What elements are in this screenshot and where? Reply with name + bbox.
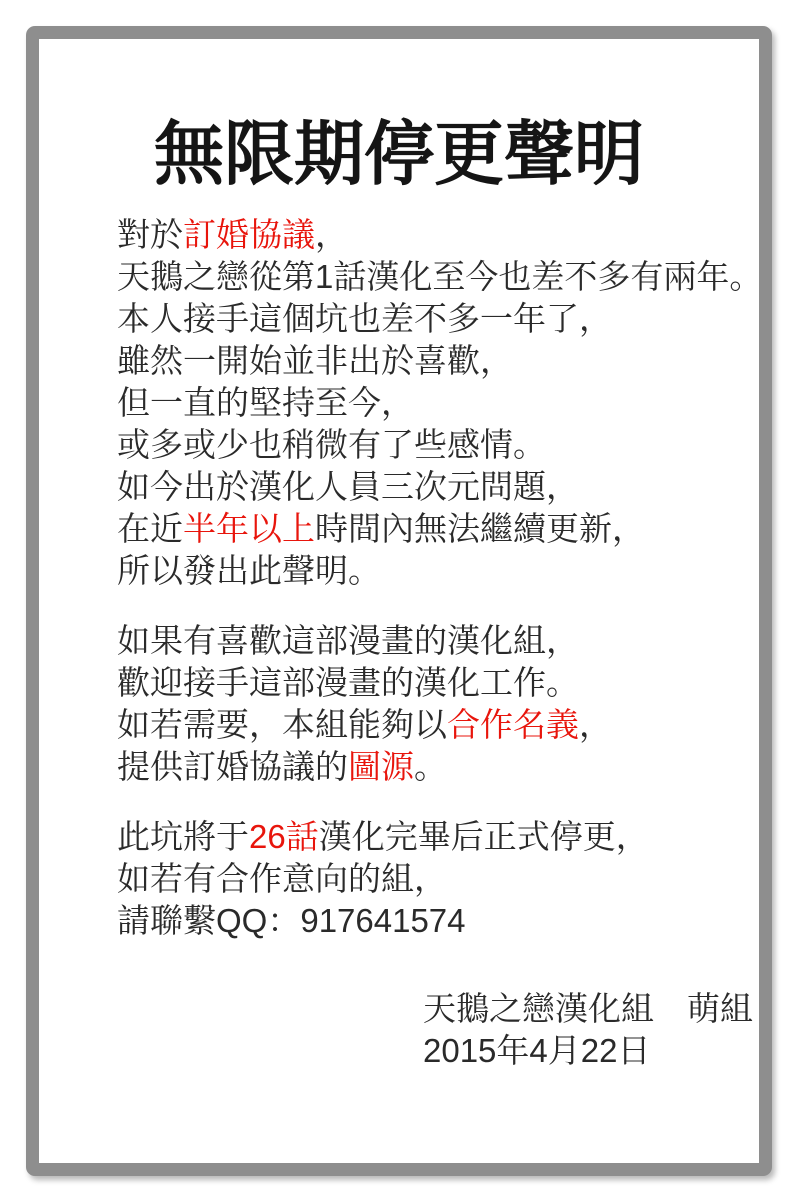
paragraph: 如果有喜歡這部漫畫的漢化組，歡迎接手這部漫畫的漢化工作。如若需要，本組能夠以合作…	[117, 620, 729, 788]
text-segment: ，	[315, 216, 348, 253]
text-segment: 如今出於漢化人員三次元問題，	[117, 468, 579, 505]
text-segment: 雖然一開始並非出於喜歡，	[117, 342, 513, 379]
text-line: 本人接手這個坑也差不多一年了，	[117, 298, 729, 340]
text-segment: ，	[579, 706, 612, 743]
text-line: 如若有合作意向的組，	[117, 858, 729, 900]
text-line: 如若需要，本組能夠以合作名義，	[117, 704, 729, 746]
text-segment: 或多或少也稍微有了些感情。	[117, 426, 546, 463]
signature-group-name: 天鵝之戀漢化組 萌組	[423, 988, 729, 1030]
text-line: 此坑將于26話漢化完畢后正式停更，	[117, 816, 729, 858]
text-line: 歡迎接手這部漫畫的漢化工作。	[117, 662, 729, 704]
text-line: 請聯繫QQ：917641574	[117, 900, 729, 942]
signature: 天鵝之戀漢化組 萌組 2015年4月22日	[423, 988, 729, 1072]
announcement-frame: 無限期停更聲明 對於訂婚協議，天鵝之戀從第1話漢化至今也差不多有兩年。本人接手這…	[26, 26, 772, 1176]
announcement-body: 對於訂婚協議，天鵝之戀從第1話漢化至今也差不多有兩年。本人接手這個坑也差不多一年…	[117, 214, 729, 1072]
text-line: 對於訂婚協議，	[117, 214, 729, 256]
text-segment: 此坑將于	[117, 818, 249, 855]
text-line: 如今出於漢化人員三次元問題，	[117, 466, 729, 508]
text-segment: 。	[414, 748, 447, 785]
text-segment: 對於	[117, 216, 183, 253]
text-segment: 時間內無法繼續更新，	[315, 510, 645, 547]
text-line: 在近半年以上時間內無法繼續更新，	[117, 508, 729, 550]
text-segment: 提供訂婚協議的	[117, 748, 348, 785]
text-segment: 本人接手這個坑也差不多一年了，	[117, 300, 612, 337]
paragraphs: 對於訂婚協議，天鵝之戀從第1話漢化至今也差不多有兩年。本人接手這個坑也差不多一年…	[117, 214, 729, 942]
text-line: 如果有喜歡這部漫畫的漢化組，	[117, 620, 729, 662]
highlighted-text: 合作名義	[447, 706, 579, 743]
highlighted-text: 訂婚協議	[183, 216, 315, 253]
text-line: 但一直的堅持至今，	[117, 382, 729, 424]
paragraph: 對於訂婚協議，天鵝之戀從第1話漢化至今也差不多有兩年。本人接手這個坑也差不多一年…	[117, 214, 729, 592]
text-segment: 所以發出此聲明。	[117, 552, 381, 589]
paragraph: 此坑將于26話漢化完畢后正式停更，如若有合作意向的組，請聯繫QQ：9176415…	[117, 816, 729, 942]
page-title: 無限期停更聲明	[39, 114, 759, 194]
text-segment: 請聯繫QQ：917641574	[117, 902, 466, 939]
text-line: 天鵝之戀從第1話漢化至今也差不多有兩年。	[117, 256, 729, 298]
text-line: 所以發出此聲明。	[117, 550, 729, 592]
text-segment: 如果有喜歡這部漫畫的漢化組，	[117, 622, 579, 659]
highlighted-text: 半年以上	[183, 510, 315, 547]
text-segment: 如若有合作意向的組，	[117, 860, 447, 897]
text-segment: 但一直的堅持至今，	[117, 384, 414, 421]
highlighted-text: 圖源	[348, 748, 414, 785]
text-line: 提供訂婚協議的圖源。	[117, 746, 729, 788]
signature-date: 2015年4月22日	[423, 1030, 729, 1072]
text-line: 雖然一開始並非出於喜歡，	[117, 340, 729, 382]
text-segment: 在近	[117, 510, 183, 547]
text-segment: 如若需要，本組能夠以	[117, 706, 447, 743]
text-line: 或多或少也稍微有了些感情。	[117, 424, 729, 466]
text-segment: 漢化完畢后正式停更，	[319, 818, 649, 855]
text-segment: 歡迎接手這部漫畫的漢化工作。	[117, 664, 579, 701]
text-segment: 天鵝之戀從第1話漢化至今也差不多有兩年。	[117, 258, 762, 295]
highlighted-text: 26話	[249, 818, 319, 855]
